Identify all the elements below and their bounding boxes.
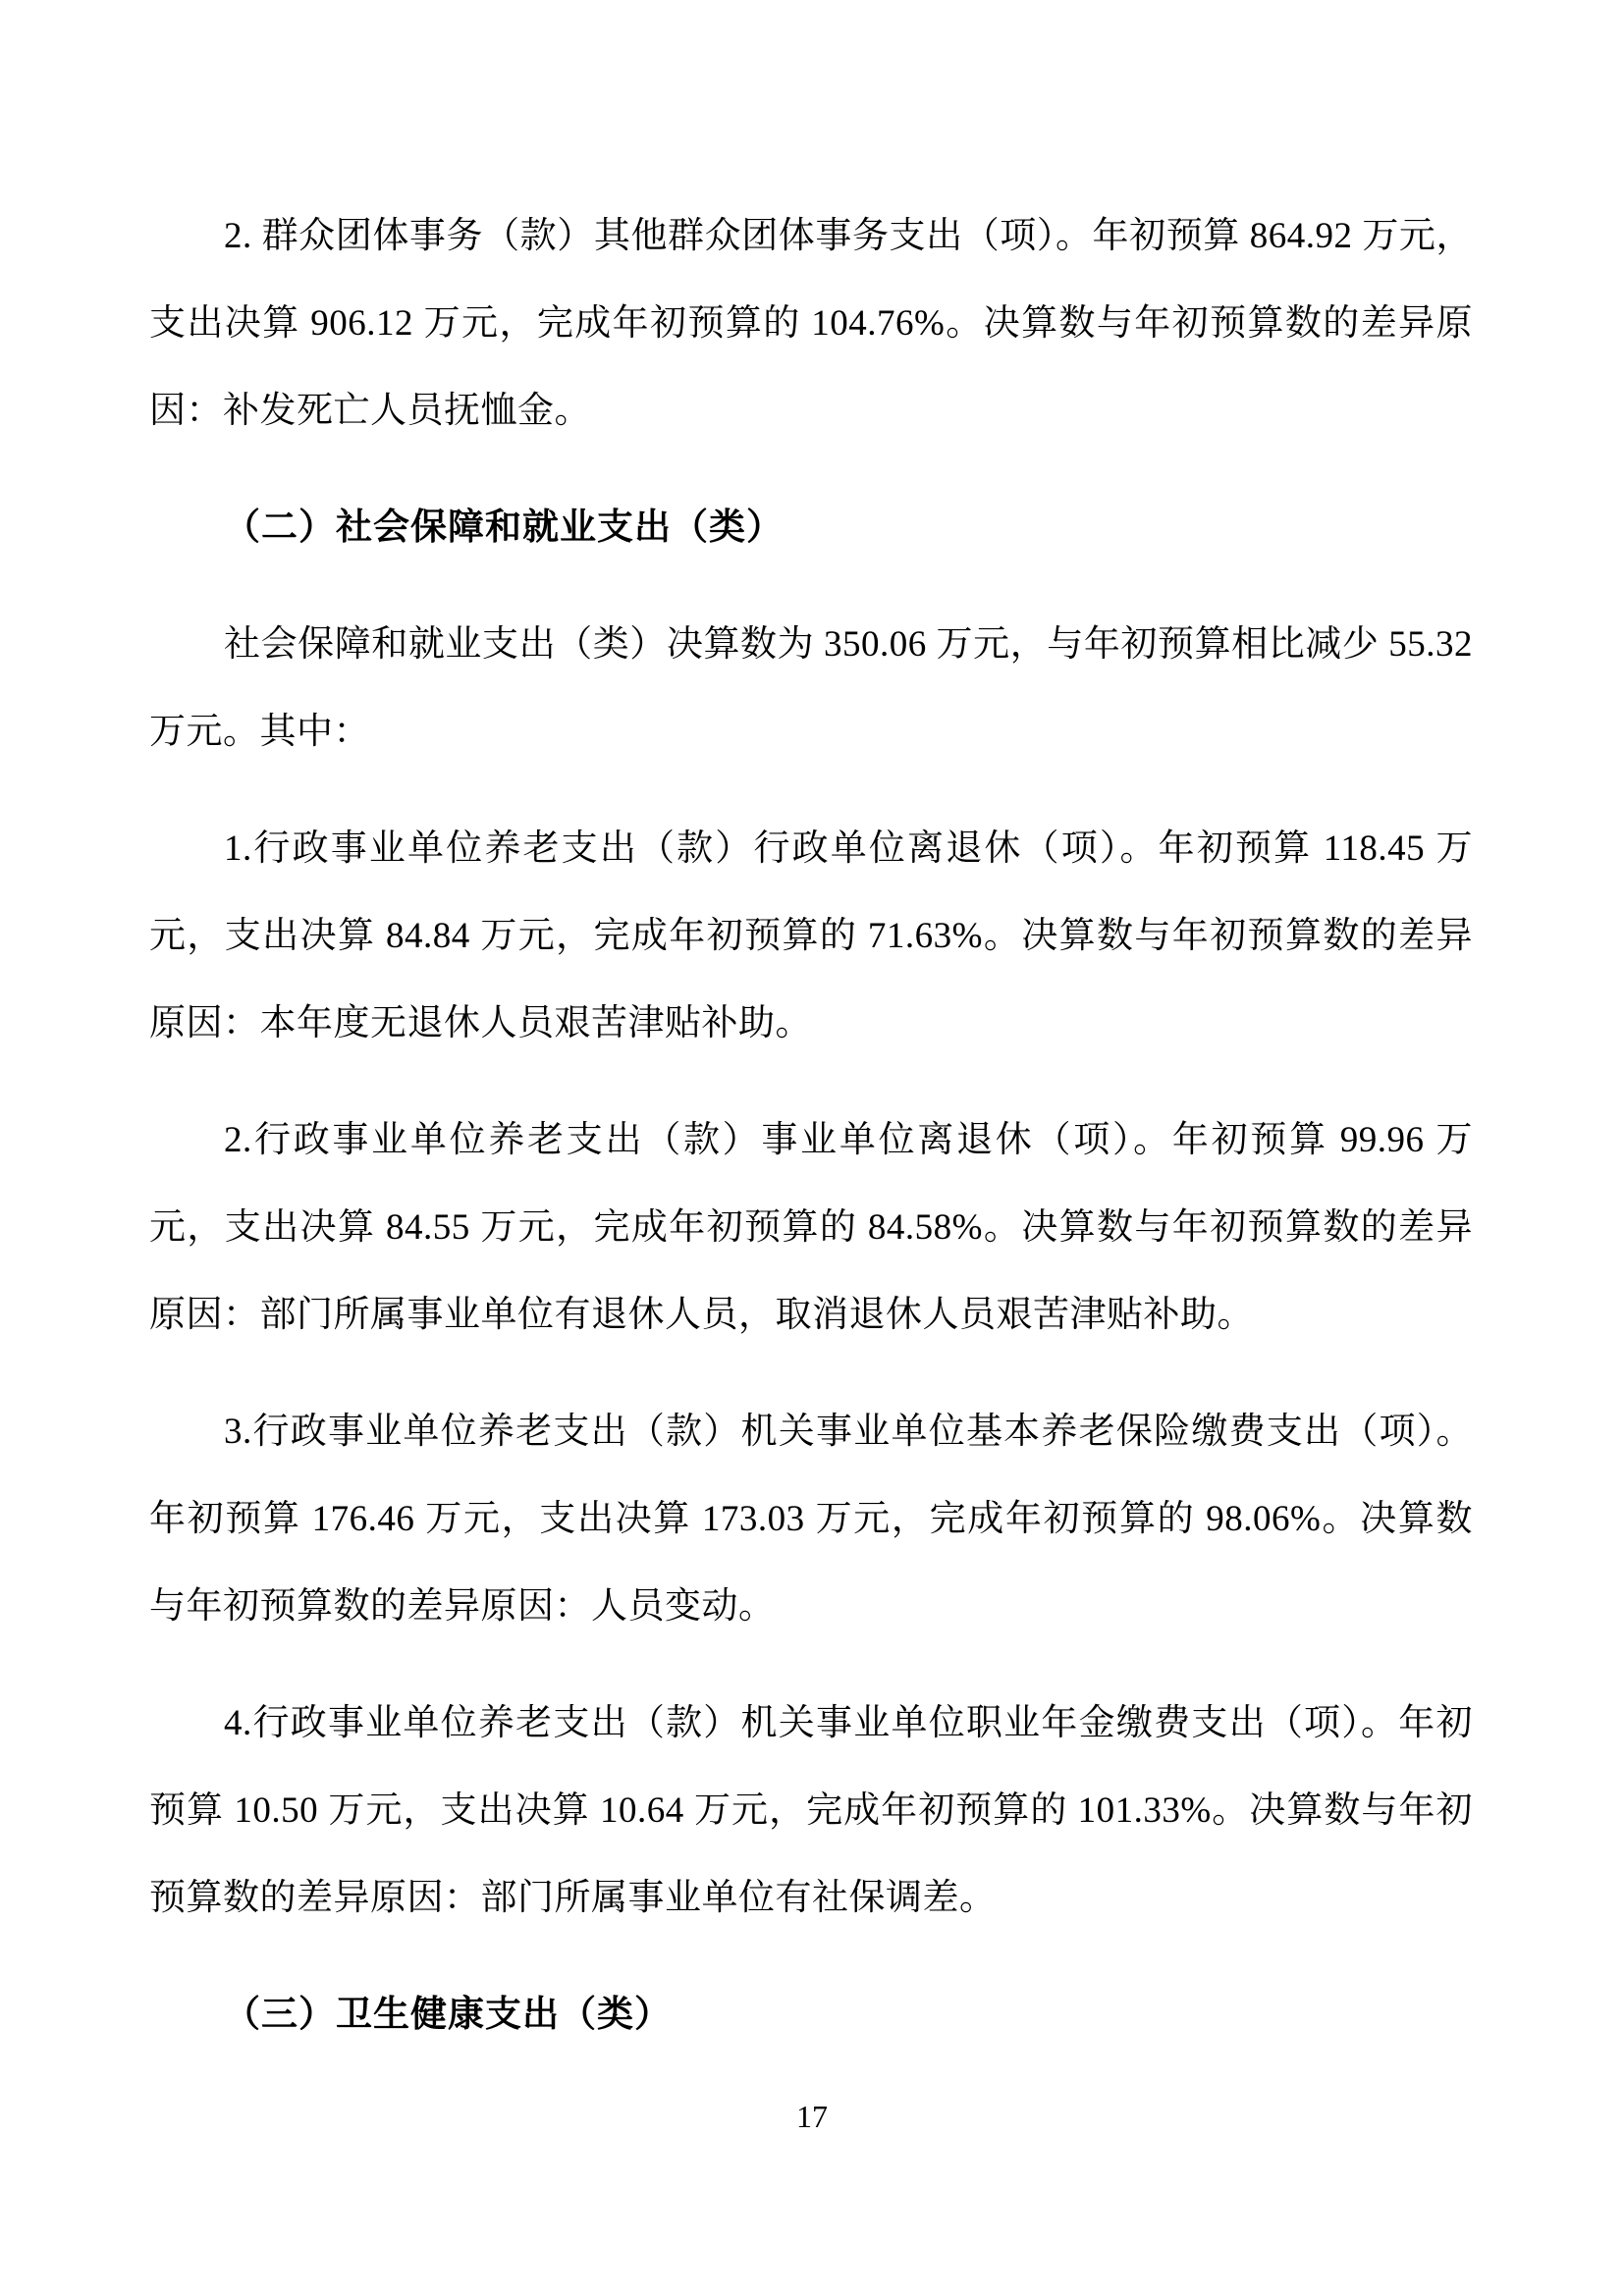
para-occupational-annuity: 4.行政事业单位养老支出（款）机关事业单位职业年金缴费支出（项）。年初预算 10… — [149, 1680, 1473, 1942]
heading-social-security-employment: （二）社会保障和就业支出（类） — [149, 484, 1473, 571]
para-basic-pension-insurance: 3.行政事业单位养老支出（款）机关事业单位基本养老保险缴费支出（项）。年初预算 … — [149, 1388, 1473, 1650]
document-page: 2. 群众团体事务（款）其他群众团体事务支出（项）。年初预算 864.92 万元… — [0, 0, 1624, 2296]
para-social-security-total: 社会保障和就业支出（类）决算数为 350.06 万元，与年初预算相比减少 55.… — [149, 601, 1473, 775]
page-number: 17 — [0, 2097, 1624, 2136]
para-institution-unit-retirement: 2.行政事业单位养老支出（款）事业单位离退休（项）。年初预算 99.96 万元，… — [149, 1096, 1473, 1359]
para-admin-unit-retirement: 1.行政事业单位养老支出（款）行政单位离退休（项）。年初预算 118.45 万元… — [149, 805, 1473, 1067]
document-body: 2. 群众团体事务（款）其他群众团体事务支出（项）。年初预算 864.92 万元… — [149, 192, 1473, 2088]
heading-health-expense: （三）卫生健康支出（类） — [149, 1971, 1473, 2058]
para-other-mass-org-expense: 2. 群众团体事务（款）其他群众团体事务支出（项）。年初预算 864.92 万元… — [149, 192, 1473, 454]
